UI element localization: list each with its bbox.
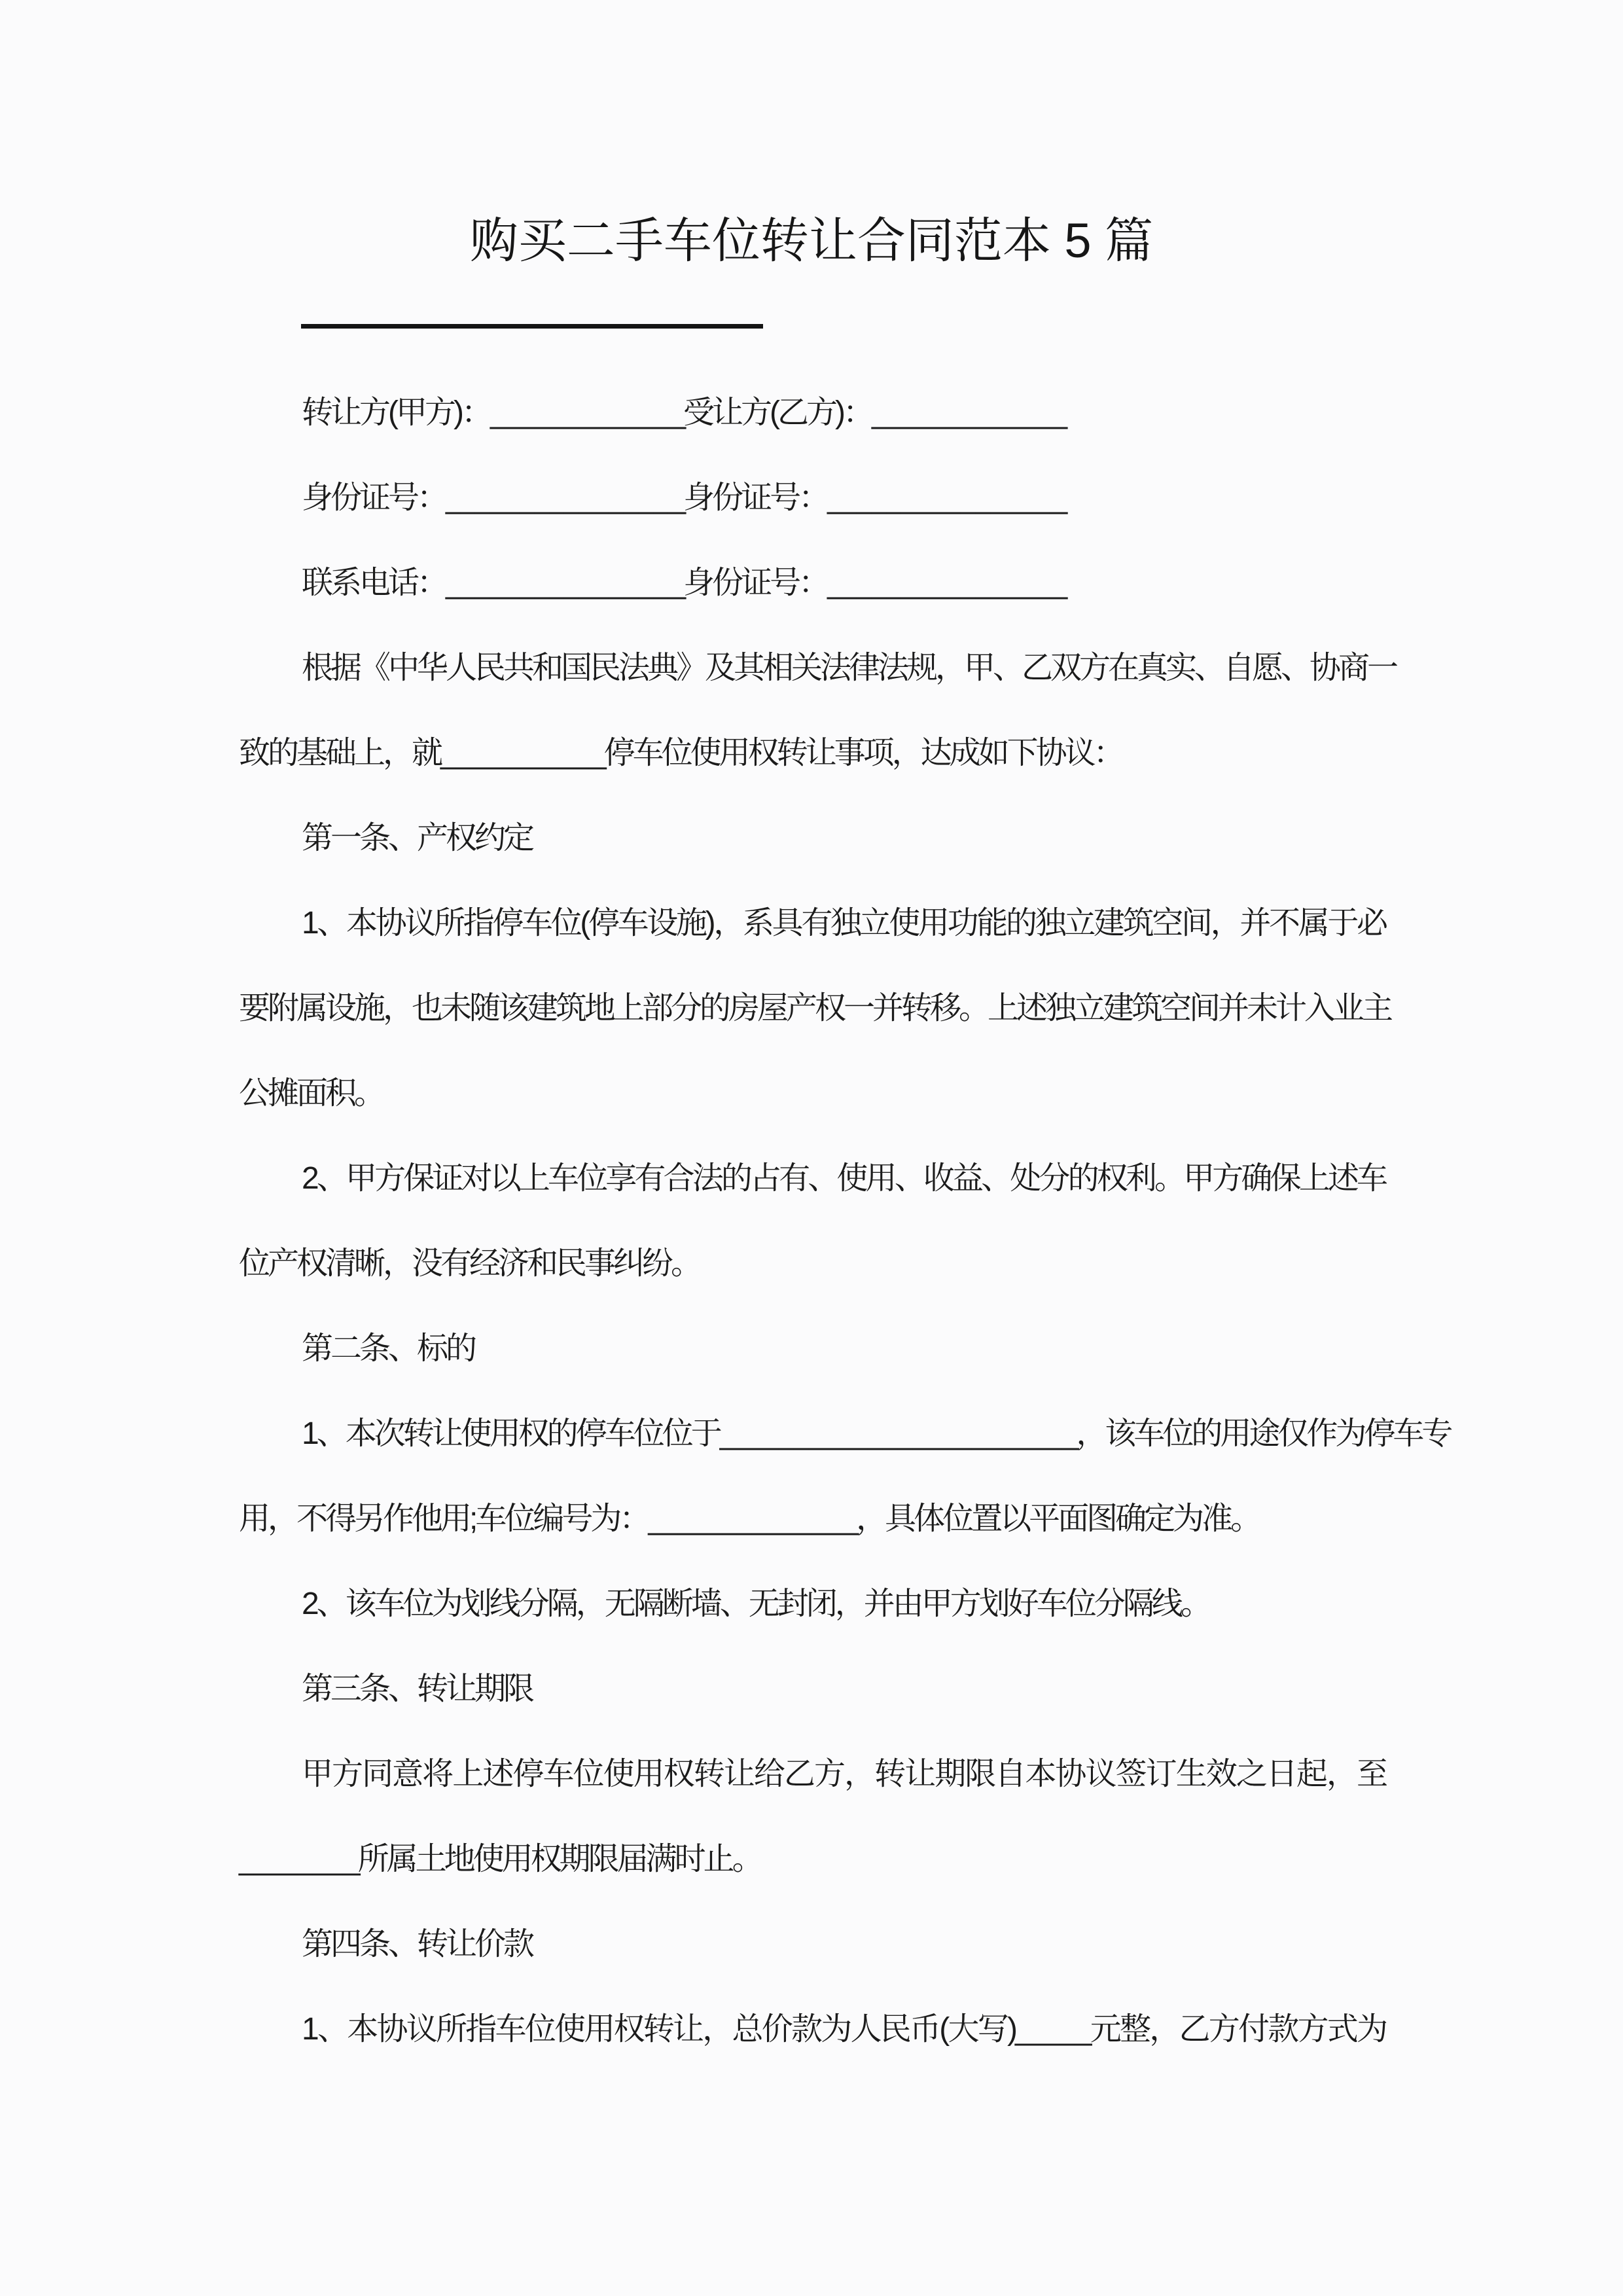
preamble-line-1: 根据《中华人民共和国民法典》及其相关法律法规，甲、乙双方在真实、自愿、协商一: [239, 626, 1385, 711]
document-title: 购买二手车位转让合同范本 5 篇: [0, 198, 1623, 283]
clause-4-item-1-line-1: 1、本协议所指车位使用权转让，总价款为人民币(大写)_____元整，乙方付款方式…: [239, 1987, 1385, 2072]
title-blank-line-rule: [301, 324, 763, 329]
clause-3-heading: 第三条、转让期限: [239, 1647, 1385, 1732]
document-page: 购买二手车位转让合同范本 5 篇 转让方(甲方)：_____________受让…: [0, 0, 1623, 2296]
clause-2-heading: 第二条、标的: [239, 1306, 1385, 1391]
clause-4-heading: 第四条、转让价款: [239, 1902, 1385, 1987]
document-body: 转让方(甲方)：_____________受让方(乙方)：___________…: [239, 370, 1385, 2072]
clause-3-body-line-2: ________所属土地使用权期限届满时止。: [239, 1817, 1385, 1902]
clause-1-item-1-line-2: 要附属设施，也未随该建筑地上部分的房屋产权一并转移。上述独立建筑空间并未计入业主: [239, 966, 1385, 1051]
clause-1-heading: 第一条、产权约定: [239, 796, 1385, 881]
clause-1-item-2-line-1: 2、甲方保证对以上车位享有合法的占有、使用、收益、处分的权利。甲方确保上述车: [239, 1136, 1385, 1221]
clause-2-item-1-line-2: 用，不得另作他用;车位编号为：______________，具体位置以平面图确定…: [239, 1477, 1385, 1562]
id-field-line: 身份证号：________________身份证号：______________…: [239, 456, 1385, 541]
clause-2-item-1-line-1: 1、本次转让使用权的停车位位于________________________，…: [239, 1391, 1385, 1477]
clause-1-item-1-line-1: 1、本协议所指停车位(停车设施)，系具有独立使用功能的独立建筑空间，并不属于必: [239, 881, 1385, 966]
clause-2-item-2-line-1: 2、该车位为划线分隔，无隔断墙、无封闭，并由甲方划好车位分隔线。: [239, 1562, 1385, 1647]
clause-3-body-line-1: 甲方同意将上述停车位使用权转让给乙方，转让期限自本协议签订生效之日起，至: [239, 1732, 1385, 1817]
parties-field-line: 转让方(甲方)：_____________受让方(乙方)：___________…: [239, 370, 1385, 456]
clause-1-item-1-line-3: 公摊面积。: [239, 1051, 1385, 1136]
phone-field-line: 联系电话：________________身份证号：______________…: [239, 541, 1385, 626]
preamble-line-2: 致的基础上，就___________停车位使用权转让事项，达成如下协议：: [239, 711, 1385, 796]
clause-1-item-2-line-2: 位产权清晰，没有经济和民事纠纷。: [239, 1221, 1385, 1306]
